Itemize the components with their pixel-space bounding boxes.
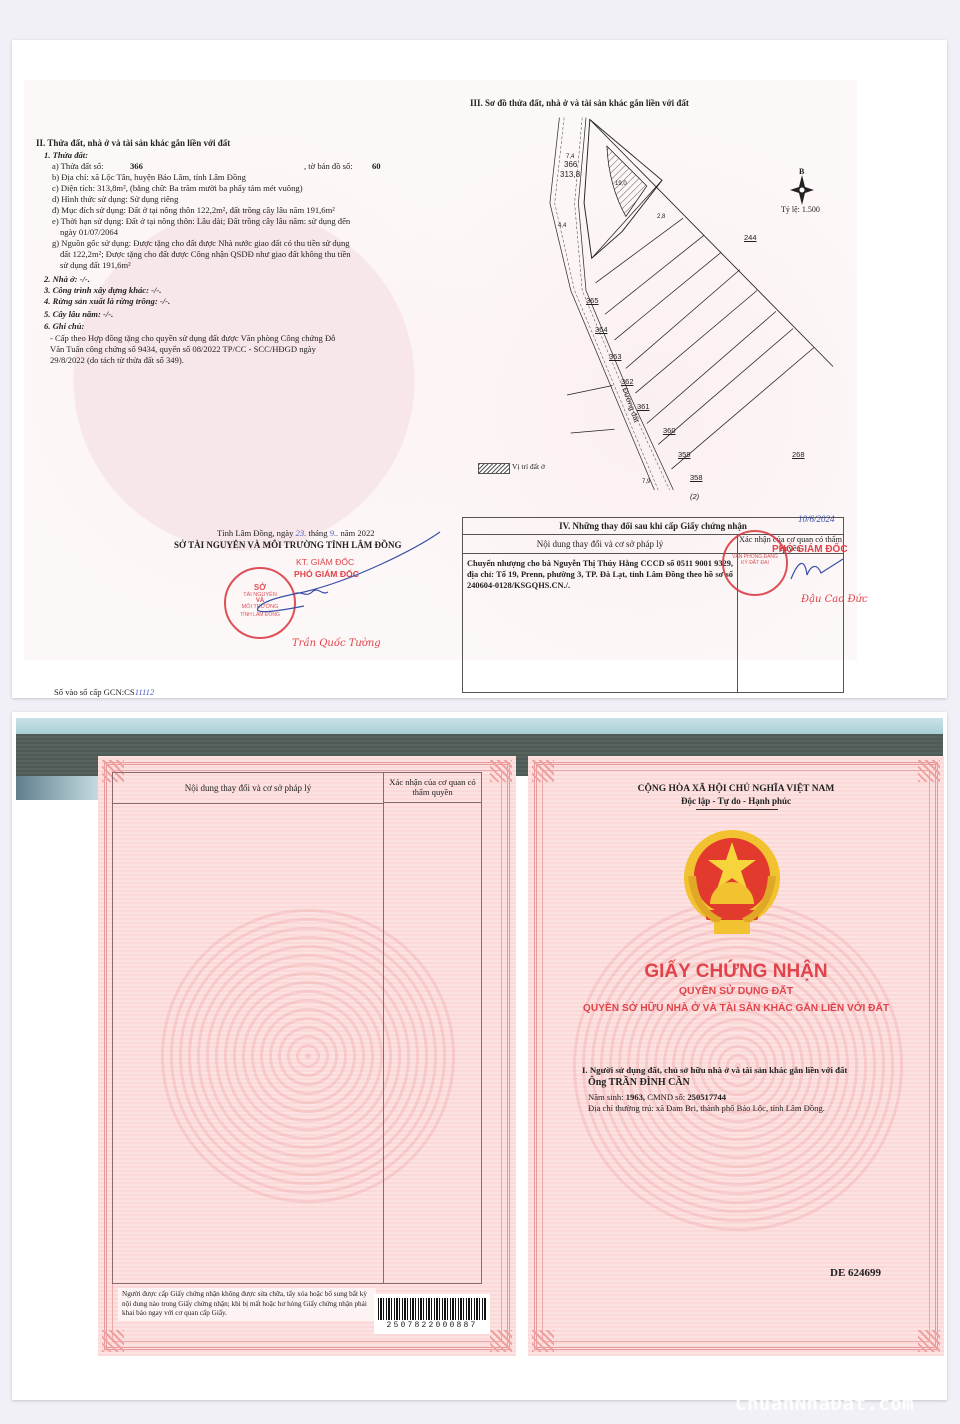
barcode: 2507822000887 (374, 1294, 490, 1334)
usage-term: e) Thời hạn sử dụng: Đất ở tại nông thôn… (52, 216, 350, 226)
dim-4-4: 4,4 (558, 221, 566, 231)
usage-notice: Người được cấp Giấy chứng nhận không đượ… (118, 1288, 376, 1321)
usage-origin: g) Nguồn gốc sử dụng: Được tặng cho đất … (52, 238, 350, 248)
confirmation-column-header: Xác nhận của cơ quan có thẩm quyền (384, 773, 481, 803)
transfer-entry: Chuyển nhượng cho bà Nguyễn Thị Thúy Hằn… (463, 554, 737, 595)
dim-7-4: 7,4 (566, 152, 574, 162)
perennial-item: 5. Cây lâu năm: -/-. (44, 309, 113, 319)
section-2-title: II. Thửa đất, nhà ở và tài sản khác gắn … (36, 138, 230, 148)
nation-name: CỘNG HÒA XÃ HỘI CHỦ NGHĨA VIỆT NAM (528, 784, 944, 794)
site-watermark: ChuẩnNhàĐất.com (735, 1393, 914, 1415)
owner-address: Địa chỉ thường trú: xã Đam Bri, thành ph… (588, 1103, 825, 1113)
parcel-361: 361 (637, 402, 650, 412)
parcel-363: 363 (609, 352, 622, 362)
owner-name: Ông TRẦN ĐÌNH CẦN (588, 1078, 690, 1088)
registry-number: Số vào sổ cấp GCN:CS11112 (54, 687, 154, 697)
parcel-366-area: 313,8 (560, 170, 580, 180)
national-motto: Độc lập - Tự do - Hạnh phúc (528, 796, 944, 806)
registry-office-stamp: VĂN PHÒNG ĐĂNG KÝ ĐẤT ĐAI (722, 530, 788, 596)
dim-7-9: 7,9 (642, 477, 650, 487)
map-sheet-number: 60 (372, 161, 381, 171)
parcel-address: b) Địa chỉ: xã Lộc Tân, huyện Bảo Lâm, t… (52, 172, 246, 182)
owner-birth-id: Năm sinh: 1963, CMND số: 250517744 (588, 1092, 726, 1102)
residential-land-legend-icon (478, 463, 510, 474)
map-scale: Tỷ lệ: 1.500 (781, 205, 820, 215)
national-emblem-icon (678, 826, 786, 938)
parcel-358: 358 (690, 473, 703, 483)
certificate-title: GIẤY CHỨNG NHẬN (528, 961, 944, 983)
barcode-number: 2507822000887 (374, 1321, 490, 1330)
road-ref: (2) (690, 492, 699, 502)
forest-item: 4. Rừng sản xuất là rừng trồng: -/-. (44, 296, 170, 306)
dim-19-0: 19,0 (615, 179, 627, 189)
changes-column-header: Nội dung thay đổi và cơ sở pháp lý (463, 535, 737, 554)
certificate-subtitle-1: QUYỀN SỬ DỤNG ĐẤT (528, 985, 944, 997)
confirmation-date: 10/6/2024 (798, 514, 835, 524)
cert-front-page: CỘNG HÒA XÃ HỘI CHỦ NGHĨA VIỆT NAM Độc l… (528, 756, 944, 1356)
changes-table-blank: Nội dung thay đổi và cơ sở pháp lý Xác n… (112, 772, 482, 1284)
parcel-244: 244 (744, 233, 757, 243)
usage-purpose: đ) Mục đích sử dụng: Đất ở tại nông thôn… (52, 205, 335, 215)
certificate-page-inner: II. Thửa đất, nhà ở và tài sản khác gắn … (12, 40, 947, 698)
parcel-number: 366 (130, 161, 143, 171)
confirmation-role: PHÓ GIÁM ĐỐC (772, 545, 848, 555)
parcel-364: 364 (595, 325, 608, 335)
note-line-1: - Cấp theo Hợp đồng tặng cho quyền sử dụ… (50, 333, 335, 343)
signer-name: Trần Quốc Tường (292, 638, 381, 649)
confirmation-signer: Đậu Cao Đức (801, 594, 868, 605)
compass-rose-icon (790, 175, 814, 205)
parcel-365: 365 (586, 296, 599, 306)
section-4-title: IV. Những thay đổi sau khi cấp Giấy chứn… (463, 518, 843, 535)
cert-back-page: Nội dung thay đổi và cơ sở pháp lý Xác n… (98, 756, 516, 1356)
barcode-bars (378, 1298, 486, 1320)
parcel-heading: 1. Thửa đất: (44, 150, 88, 160)
certificate-subtitle-2: QUYỀN SỞ HỮU NHÀ Ở VÀ TÀI SẢN KHÁC GẮN L… (528, 1003, 944, 1014)
usage-origin-2: đất 122,2m²; Được tặng cho đất được Công… (60, 249, 351, 259)
note-line-2: Văn Tuấn công chứng số 9434, quyển số 08… (50, 344, 316, 354)
changes-column-header: Nội dung thay đổi và cơ sở pháp lý (113, 773, 384, 804)
notes-heading: 6. Ghi chú: (44, 321, 84, 331)
usage-origin-3: sử dụng đất 191,6m² (60, 260, 131, 270)
certificate-serial: DE 624699 (830, 1268, 881, 1278)
certificate-page-cover: Nội dung thay đổi và cơ sở pháp lý Xác n… (12, 712, 947, 1400)
map-sheet-label: , tờ bản đồ số: (304, 161, 353, 171)
dim-2-8: 2,8 (657, 212, 665, 222)
section-3-title: III. Sơ đồ thửa đất, nhà ở và tài sản kh… (470, 98, 689, 108)
signature-scribble (234, 530, 454, 620)
house-item: 2. Nhà ở: -/-. (44, 274, 90, 284)
legend-label: Vị trí đất ở (512, 462, 545, 472)
parcel-number-label: a) Thửa đất số: (52, 161, 104, 171)
usage-term-date: ngày 01/07/2064 (60, 227, 118, 237)
other-construction-item: 3. Công trình xây dựng khác: -/-. (44, 285, 161, 295)
confirmation-signature (787, 555, 847, 585)
usage-form: d) Hình thức sử dụng: Sử dụng riêng (52, 194, 178, 204)
parcel-360: 360 (663, 426, 676, 436)
parcel-359: 359 (678, 450, 691, 460)
parcel-268: 268 (792, 450, 805, 460)
owner-section-title: I. Người sử dụng đất, chủ sở hữu nhà ở v… (582, 1065, 847, 1075)
note-line-3: 29/8/2022 (do tách từ thửa đất số 349). (50, 355, 184, 365)
parcel-area: c) Diện tích: 313,8m², (bằng chữ: Ba tră… (52, 183, 303, 193)
